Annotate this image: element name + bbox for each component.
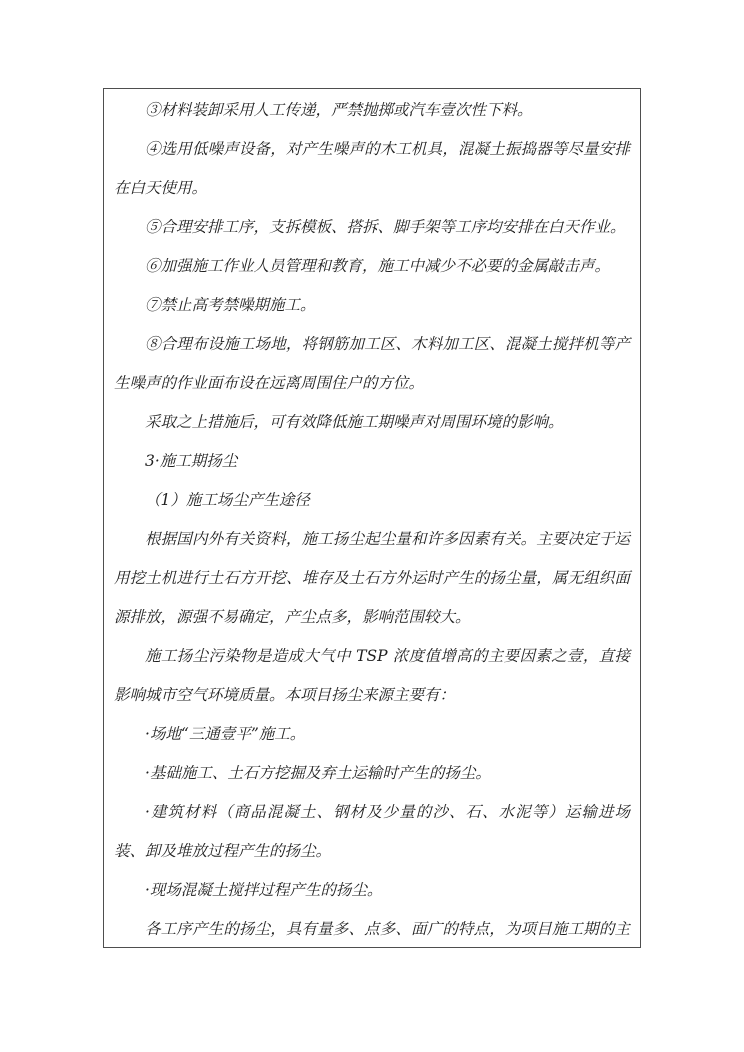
noise-measure-item-4: ④选用低噪声设备，对产生噪声的木工机具，混凝土振捣器等尽量安排在白天使用。 bbox=[114, 130, 630, 208]
dust-source-bullet-materials: ·建筑材料（商品混凝土、钢材及少量的沙、石、水泥等）运输进场装、卸及堆放过程产生… bbox=[114, 793, 630, 871]
dust-source-bullet-foundation: ·基础施工、土石方挖掘及弃土运输时产生的扬尘。 bbox=[114, 754, 630, 793]
subsection-heading-dust-generation: （1）施工场尘产生途径 bbox=[114, 481, 630, 520]
dust-tsp-paragraph: 施工扬尘污染物是造成大气中 TSP 浓度值增高的主要因素之壹，直接影响城市空气环… bbox=[114, 637, 630, 715]
section-heading-construction-dust: 3·施工期扬尘 bbox=[114, 442, 630, 481]
noise-measure-item-5: ⑤合理安排工序，支拆模板、搭拆、脚手架等工序均安排在白天作业。 bbox=[114, 208, 630, 247]
dust-source-bullet-concrete-mixing: ·现场混凝土搅拌过程产生的扬尘。 bbox=[114, 871, 630, 910]
dust-intro-paragraph: 根据国内外有关资料，施工扬尘起尘量和许多因素有关。主要决定于运用挖土机进行土石方… bbox=[114, 520, 630, 637]
noise-measure-item-3: ③材料装卸采用人工传递，严禁抛掷或汽车壹次性下料。 bbox=[114, 91, 630, 130]
dust-source-bullet-site-leveling: ·场地“三通壹平”施工。 bbox=[114, 715, 630, 754]
noise-measure-item-7: ⑦禁止高考禁噪期施工。 bbox=[114, 286, 630, 325]
document-table-cell: ③材料装卸采用人工传递，严禁抛掷或汽车壹次性下料。 ④选用低噪声设备，对产生噪声… bbox=[103, 88, 641, 948]
noise-measure-item-6: ⑥加强施工作业人员管理和教育，施工中减少不必要的金属敲击声。 bbox=[114, 247, 630, 286]
document-page: ③材料装卸采用人工传递，严禁抛掷或汽车壹次性下料。 ④选用低噪声设备，对产生噪声… bbox=[0, 0, 744, 1052]
dust-summary-paragraph: 各工序产生的扬尘，具有量多、点多、面广的特点，为项目施工期的主要环 bbox=[114, 910, 630, 948]
noise-measure-item-8: ⑧合理布设施工场地，将钢筋加工区、木料加工区、混凝土搅拌机等产生噪声的作业面布设… bbox=[114, 325, 630, 403]
noise-conclusion-paragraph: 采取之上措施后，可有效降低施工期噪声对周围环境的影响。 bbox=[114, 403, 630, 442]
